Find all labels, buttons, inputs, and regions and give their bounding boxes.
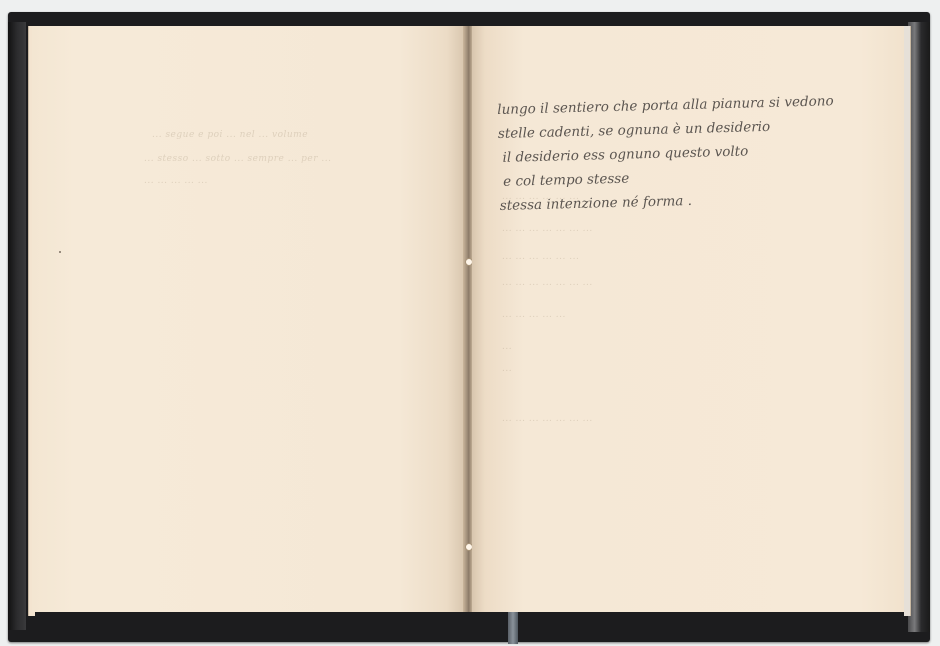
- show-through-line: ... ... ... ... ... ...: [502, 252, 579, 262]
- cover-left-edge: [8, 22, 26, 630]
- right-page-stack-edge: [904, 26, 911, 616]
- cover-right-edge: [908, 22, 930, 632]
- show-through-line: ... ... ... ... ...: [144, 176, 208, 186]
- show-through-line: ...: [502, 364, 512, 374]
- show-through-line: ...: [502, 342, 512, 352]
- ribbon-bookmark: [508, 612, 518, 644]
- handwritten-text: lungo il sentiero che porta alla pianura…: [497, 89, 836, 218]
- show-through-line: ... segue e poi ... nel ... volume: [152, 130, 308, 140]
- show-through-line: ... stesso ... sotto ... sempre ... per …: [144, 154, 331, 164]
- left-page: ... segue e poi ... nel ... volume ... s…: [32, 26, 464, 612]
- show-through-line: ... ... ... ... ... ... ...: [502, 224, 593, 234]
- show-through-line: ... ... ... ... ...: [502, 310, 566, 320]
- ink-dot: [59, 251, 61, 253]
- show-through-line: ... ... ... ... ... ... ...: [502, 414, 593, 424]
- show-through-line: ... ... ... ... ... ... ...: [502, 278, 593, 288]
